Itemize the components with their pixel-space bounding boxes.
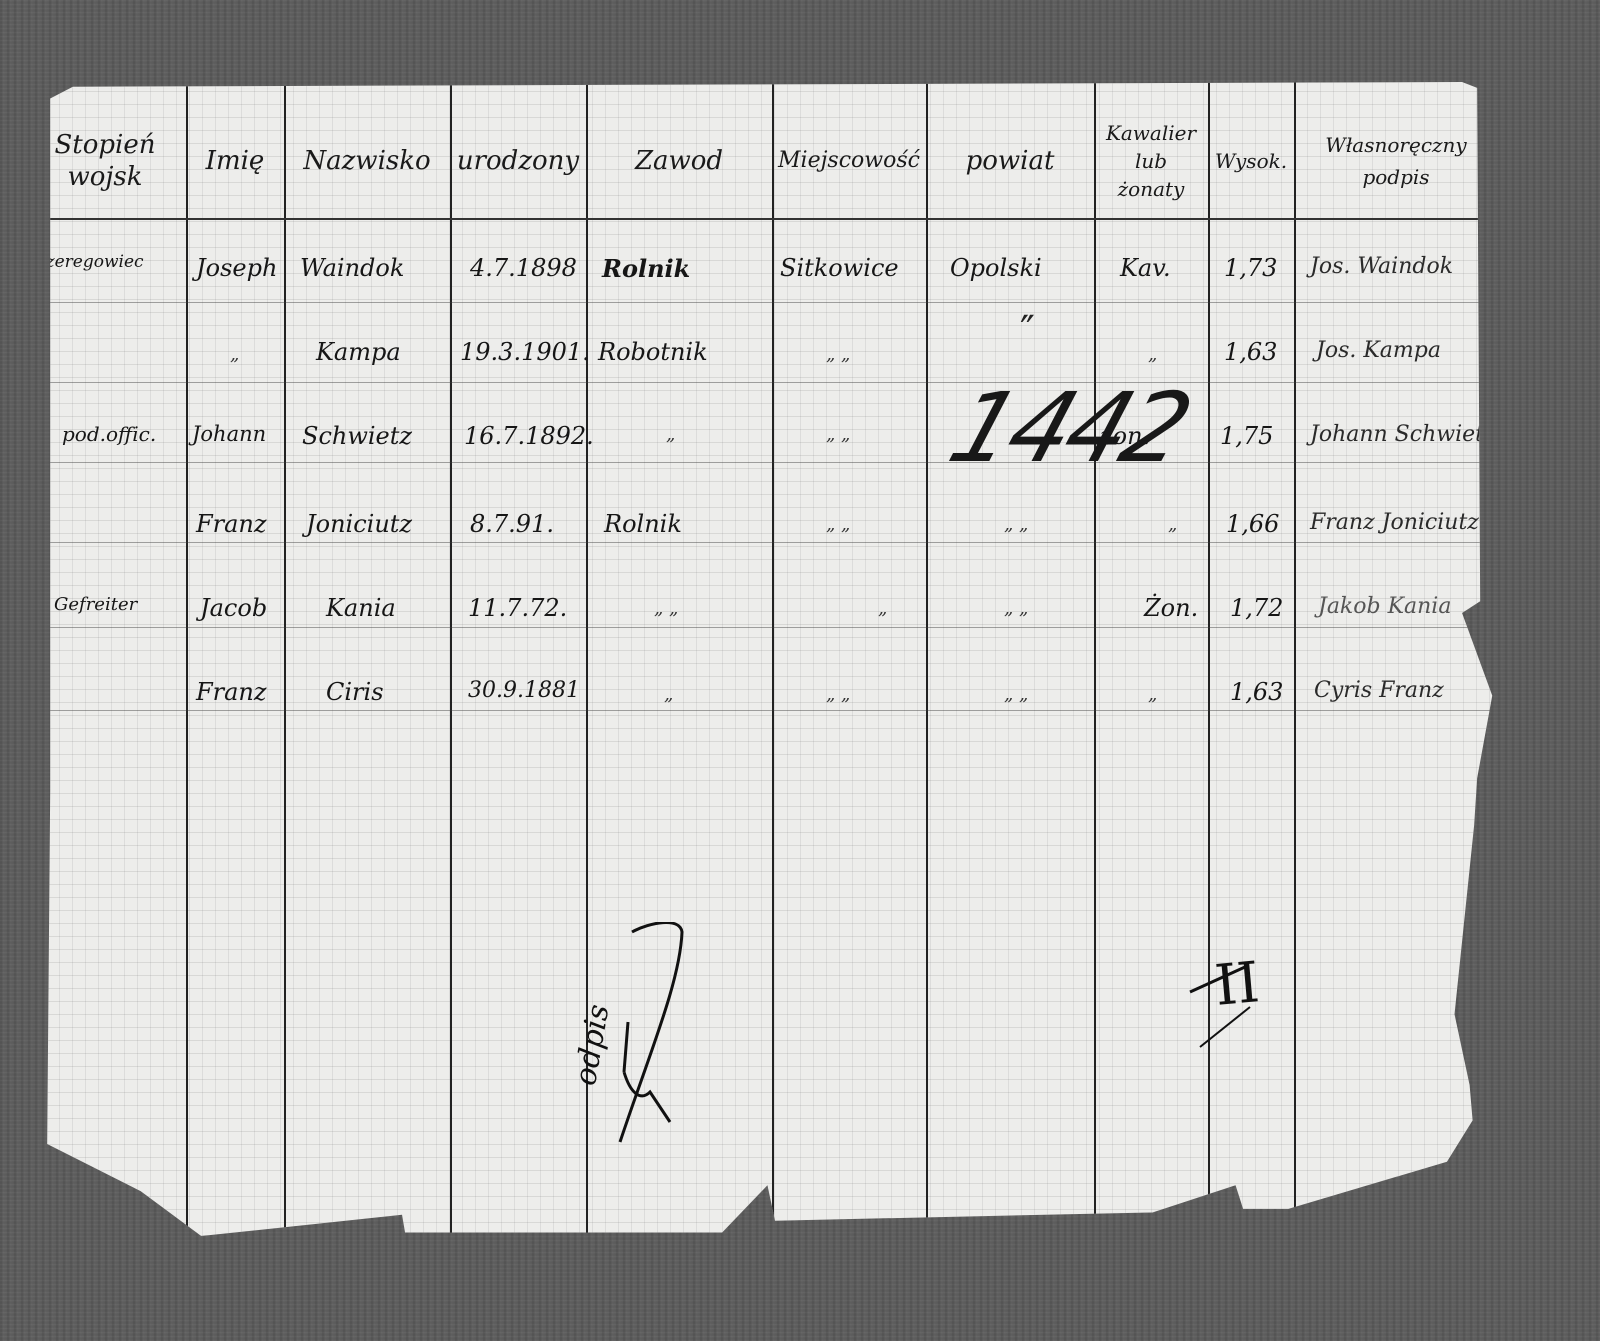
cell-height: 1,73 [1224,254,1277,282]
cell-rank: Gefreiter [54,594,137,615]
stamp-mark: ″ [1020,308,1035,354]
cell-locality: „ „ [826,344,850,365]
cell-occupation: „ [666,424,675,445]
cell-surname: Kania [326,594,396,622]
cell-born: 16.7.1892. [464,422,594,450]
header-locality: Miejscowość [774,106,924,216]
cell-born: 4.7.1898 [470,254,577,282]
cell-surname: Ciris [326,678,384,706]
column-divider [284,82,286,1262]
cell-signature: Johann Schwietz [1310,422,1496,447]
header-born: urodzony [452,106,584,216]
cell-first-name: Johann [192,422,266,446]
header-rank: Stopień wojsk [26,106,184,216]
document-sheet: Stopień wojsk Imię Nazwisko urodzony Zaw… [20,82,1530,1262]
cell-signature: Franz Joniciutz [1310,510,1479,535]
cell-occupation: Rolnik [602,254,690,283]
cell-born: 8.7.91. [470,510,554,538]
cell-marital: Żon. [1144,594,1198,622]
cell-locality: „ „ [826,424,850,445]
cell-first-name: Franz [196,678,267,706]
header-rule [20,218,1530,220]
row-rule [20,302,1530,303]
cell-first-name: „ [230,344,239,365]
cell-height: 1,63 [1224,338,1277,366]
column-divider [1094,82,1096,1262]
row-rule [20,542,1530,543]
cell-height: 1,66 [1226,510,1279,538]
column-divider [1294,82,1296,1262]
cell-district: „ „ [1004,514,1028,535]
cell-first-name: Jacob [200,594,267,622]
cell-born: 19.3.1901. [460,338,590,366]
cell-surname: Schwietz [302,422,412,450]
header-occupation: Zawod [588,106,770,216]
cell-first-name: Joseph [196,254,277,282]
cell-locality: „ „ [826,684,850,705]
column-divider [186,82,188,1262]
cell-locality: „ [878,598,887,619]
cell-born: 11.7.72. [468,594,567,622]
header-signature: Własnoręczny podpis [1296,106,1496,216]
row-rule [20,382,1530,383]
cell-surname: Waindok [300,254,404,282]
row-rule [20,710,1530,711]
cell-locality: „ „ [826,514,850,535]
cell-occupation: „ „ [654,598,678,619]
cell-height: 1,63 [1230,678,1283,706]
cell-rank: Szeregowiec [34,252,144,272]
header-height: Wysok. [1210,106,1292,216]
cell-district: Opolski [950,254,1042,282]
cell-marital: „ [1168,514,1177,535]
cell-signature: Cyris Franz [1314,678,1444,703]
cell-height: 1,72 [1230,594,1283,622]
cell-rank: pod.offic. [62,422,156,446]
header-first-name: Imię [188,106,282,216]
cell-signature: Jakob Kania [1318,594,1451,619]
copy-signature-icon [580,922,720,1152]
cell-surname: Joniciutz [306,510,412,538]
column-divider [772,82,774,1262]
row-rule [20,627,1530,628]
cell-occupation: Rolnik [604,510,682,538]
cell-height: 1,75 [1220,422,1273,450]
column-divider [450,82,452,1262]
column-divider [926,82,928,1262]
cell-first-name: Franz [196,510,267,538]
header-district: powiat [928,106,1092,216]
cell-occupation: Robotnik [598,338,708,366]
column-divider [1208,82,1210,1262]
row-rule [20,462,1530,463]
cell-born: 30.9.1881 [468,678,580,703]
cell-locality: Sitkowice [780,254,899,282]
cell-district: „ „ [1004,598,1028,619]
roman-strike-icon [1180,962,1260,1052]
cell-district: „ „ [1004,684,1028,705]
cell-signature: Jos. Waindok [1310,254,1453,279]
register-number: 1442 [937,372,1202,484]
cell-occupation: „ [664,684,673,705]
cell-signature: Jos. Kampa [1316,338,1441,363]
cell-surname: Kampa [316,338,401,366]
header-surname: Nazwisko [286,106,448,216]
cell-marital: „ [1148,344,1157,365]
cell-marital: Kav. [1120,254,1171,282]
cell-marital: „ [1148,684,1157,705]
header-marital-status: Kawalier lub żonaty [1096,106,1206,216]
